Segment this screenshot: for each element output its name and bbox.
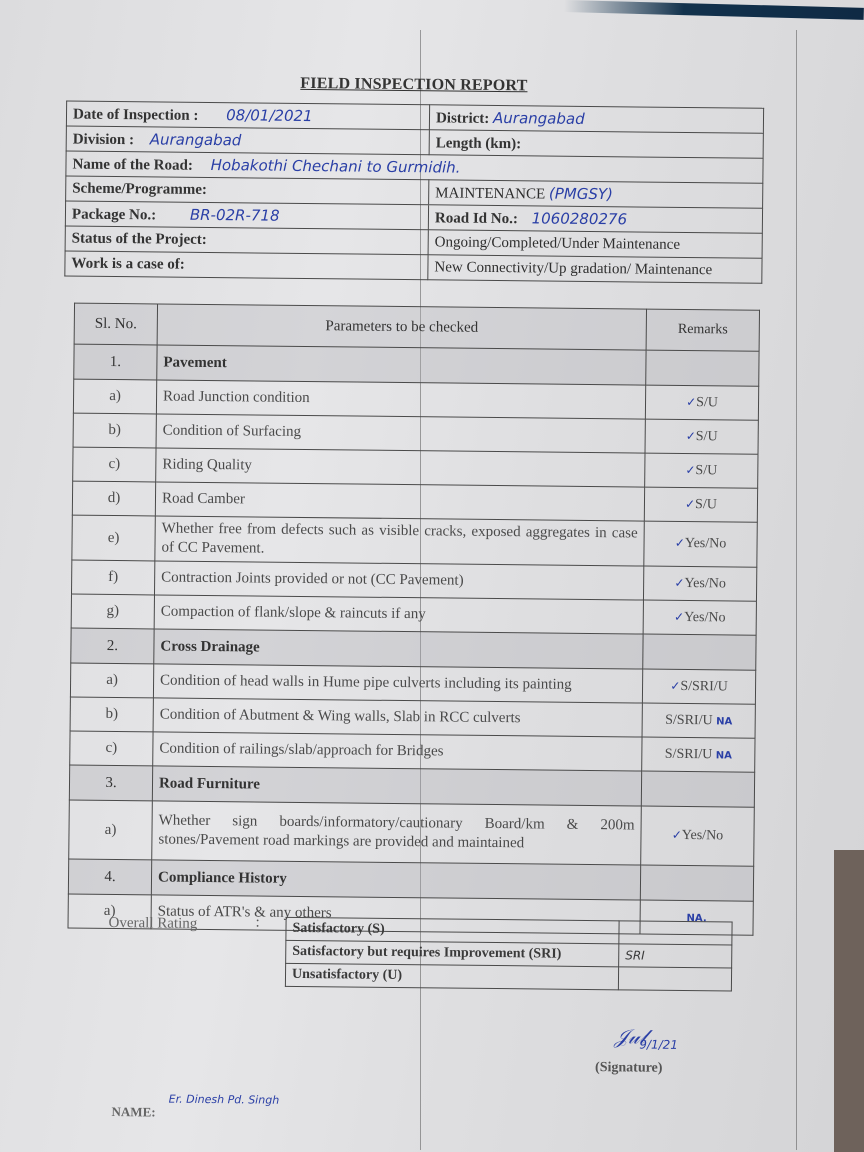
item-letter: d) — [72, 481, 155, 516]
scheme-value: MAINTENANCE — [435, 185, 545, 202]
remarks-cell[interactable]: ✓S/SRI/U — [642, 669, 755, 704]
remarks-cell[interactable]: ✓Yes/No — [644, 521, 757, 567]
remarks-cell[interactable]: S/SRI/U NA — [642, 737, 755, 772]
overall-rating-label: Overall Rating — [108, 915, 197, 933]
date-value: 08/01/2021 — [226, 106, 313, 125]
check-mark-icon: ✓ — [675, 536, 685, 550]
check-mark-icon: ✓ — [672, 828, 682, 842]
status-field[interactable]: Status of the Project: — [65, 226, 428, 255]
section-title: Road Furniture — [152, 766, 641, 806]
parameter-text: Condition of Abutment & Wing walls, Slab… — [153, 698, 642, 737]
status-label: Status of the Project: — [72, 230, 207, 247]
remarks-options: S/U — [696, 395, 718, 410]
parameter-text: Whether free from defects such as visibl… — [155, 516, 644, 566]
item-letter: g) — [71, 594, 154, 629]
parameter-text: Road Camber — [155, 482, 644, 521]
sl-no-header: Sl. No. — [74, 303, 157, 345]
item-letter: f) — [71, 560, 154, 595]
section-number: 3. — [69, 765, 152, 801]
remarks-options: S/U — [695, 463, 717, 478]
section-number: 1. — [74, 344, 157, 380]
parameter-text: Compaction of flank/slope & raincuts if … — [154, 595, 643, 634]
district-value: Aurangabad — [493, 108, 585, 127]
parameter-text: Whether sign boards/informatory/cautiona… — [152, 801, 642, 865]
work-label: Work is a case of: — [71, 255, 184, 272]
remarks-options: S/SRI/U — [665, 746, 713, 761]
name-label: NAME: — [111, 1104, 155, 1120]
status-value: Ongoing/Completed/Under Maintenance — [435, 234, 681, 253]
remarks-options: S/SRI/U — [680, 678, 728, 693]
parameter-text: Road Junction condition — [156, 380, 645, 419]
item-letter: b) — [73, 413, 156, 448]
section-number: 2. — [71, 628, 154, 664]
package-value: BR-02R-718 — [190, 205, 280, 224]
check-mark-icon: ✓ — [674, 609, 684, 623]
date-of-inspection-field[interactable]: Date of Inspection : 08/01/2021 — [66, 101, 429, 130]
remarks-options: S/SRI/U — [665, 712, 713, 727]
section-remarks — [646, 350, 759, 386]
remarks-cell[interactable]: ✓Yes/No — [643, 600, 756, 635]
scheme-value-cell[interactable]: MAINTENANCE (PMGSY) — [429, 180, 763, 208]
length-label: Length (km): — [436, 135, 522, 152]
remarks-header: Remarks — [646, 309, 759, 351]
road-id-field[interactable]: Road Id No.: 1060280276 — [428, 205, 762, 233]
section-title: Compliance History — [151, 860, 640, 900]
check-mark-icon: ✓ — [674, 575, 684, 589]
overall-rating-table: Satisfactory (S) Satisfactory but requir… — [285, 917, 733, 992]
overall-rating-colon: : — [255, 915, 259, 932]
rating-option-label: Satisfactory but requires Improvement (S… — [286, 940, 619, 966]
section-title: Pavement — [157, 345, 646, 385]
division-label: Division : — [73, 131, 134, 148]
parameter-row: a)Whether sign boards/informatory/cautio… — [69, 800, 755, 866]
parameters-header-row: Sl. No. Parameters to be checked Remarks — [74, 303, 759, 351]
parameter-text: Riding Quality — [156, 448, 645, 487]
item-letter: c) — [73, 447, 156, 482]
scheme-label: Scheme/Programme: — [72, 180, 207, 197]
rating-option-value[interactable]: SRI — [619, 944, 732, 968]
rating-option-value[interactable] — [619, 921, 732, 945]
parameter-text: Contraction Joints provided or not (CC P… — [154, 561, 643, 600]
work-field[interactable]: Work is a case of: — [65, 251, 428, 280]
remarks-note: NA — [716, 716, 732, 727]
item-letter: e) — [72, 515, 155, 561]
road-name-value: Hobakothi Chechani to Gurmidih. — [211, 155, 461, 176]
check-mark-icon: ✓ — [685, 496, 695, 510]
signature-label: (Signature) — [595, 1060, 663, 1077]
scheme-handwritten: (PMGSY) — [549, 184, 613, 203]
length-field[interactable]: Length (km): — [429, 130, 763, 158]
item-letter: a) — [69, 800, 153, 860]
header-info-table: Date of Inspection : 08/01/2021 District… — [64, 100, 764, 283]
check-mark-icon: ✓ — [670, 678, 680, 692]
remarks-cell[interactable]: ✓S/U — [645, 453, 758, 488]
work-value: New Connectivity/Up gradation/ Maintenan… — [434, 259, 712, 278]
district-field[interactable]: District: Aurangabad — [429, 105, 763, 133]
remarks-cell[interactable]: ✓Yes/No — [643, 566, 756, 601]
division-field[interactable]: Division : Aurangabad — [66, 126, 429, 155]
report-title: FIELD INSPECTION REPORT — [300, 75, 527, 95]
section-remarks — [640, 865, 753, 901]
road-name-label: Name of the Road: — [72, 156, 193, 173]
section-number: 4. — [68, 859, 151, 895]
rating-option-label: Satisfactory (S) — [286, 917, 619, 943]
remarks-note: NA — [716, 750, 732, 761]
rating-row-u[interactable]: Unsatisfactory (U) — [285, 963, 731, 991]
remarks-cell[interactable]: ✓Yes/No — [641, 806, 755, 866]
rating-option-label: Unsatisfactory (U) — [285, 963, 618, 989]
check-mark-icon: ✓ — [686, 394, 696, 408]
status-value-cell[interactable]: Ongoing/Completed/Under Maintenance — [428, 230, 762, 258]
work-value-cell[interactable]: New Connectivity/Up gradation/ Maintenan… — [428, 255, 762, 283]
name-value[interactable]: Er. Dinesh Pd. Singh — [169, 1093, 280, 1107]
remarks-cell[interactable]: ✓S/U — [645, 419, 758, 454]
scheme-field[interactable]: Scheme/Programme: — [66, 176, 429, 205]
item-letter: a) — [73, 379, 156, 414]
remarks-cell[interactable]: ✓S/U — [644, 487, 757, 522]
item-letter: c) — [70, 731, 153, 766]
remarks-options: Yes/No — [682, 828, 724, 843]
parameter-text: Condition of head walls in Hume pipe cul… — [153, 664, 642, 703]
road-id-label: Road Id No.: — [435, 210, 518, 227]
signature-date: 9/1/21 — [639, 1038, 678, 1052]
section-remarks — [643, 634, 756, 670]
parameter-text: Condition of Surfacing — [156, 414, 645, 453]
remarks-cell[interactable]: ✓S/U — [645, 385, 758, 420]
remarks-options: S/U — [696, 429, 718, 444]
item-letter: a) — [70, 663, 153, 698]
package-label: Package No.: — [72, 206, 156, 223]
remarks-options: Yes/No — [684, 609, 726, 624]
section-remarks — [641, 771, 754, 807]
check-mark-icon: ✓ — [686, 428, 696, 442]
remarks-cell[interactable]: S/SRI/U NA — [642, 703, 755, 738]
inspection-form: FIELD INSPECTION REPORT Date of Inspecti… — [0, 0, 864, 1152]
item-letter: b) — [70, 697, 153, 732]
parameters-header: Parameters to be checked — [157, 304, 646, 350]
parameter-row: e)Whether free from defects such as visi… — [72, 515, 757, 567]
parameter-text: Condition of railings/slab/approach for … — [153, 732, 642, 771]
remarks-options: Yes/No — [684, 575, 726, 590]
road-id-value: 1060280276 — [532, 209, 628, 228]
division-value: Aurangabad — [150, 130, 242, 149]
date-label: Date of Inspection : — [73, 106, 199, 123]
section-title: Cross Drainage — [154, 629, 643, 669]
parameters-table: Sl. No. Parameters to be checked Remarks… — [67, 303, 760, 936]
remarks-options: S/U — [695, 497, 717, 512]
rating-option-value[interactable] — [618, 967, 731, 991]
package-field[interactable]: Package No.: BR-02R-718 — [65, 201, 428, 230]
check-mark-icon: ✓ — [685, 462, 695, 476]
remarks-options: Yes/No — [685, 536, 727, 551]
district-label: District: — [436, 110, 489, 127]
